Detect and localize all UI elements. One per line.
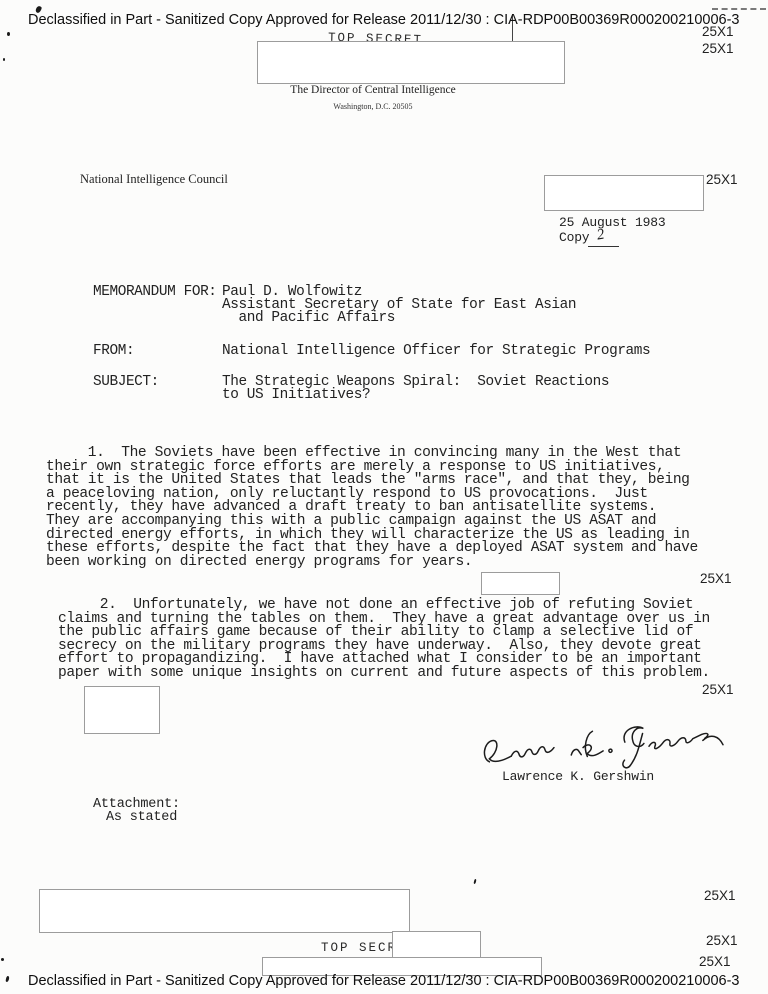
memo-subject-label: SUBJECT: <box>93 376 159 389</box>
memo-subject-value: The Strategic Weapons Spiral: Soviet Rea… <box>222 376 609 402</box>
redaction-marker: 25X1 <box>699 954 731 969</box>
redaction-box-bottom-large <box>39 889 410 933</box>
document-page: Declassified in Part - Sanitized Copy Ap… <box>0 0 768 994</box>
redaction-box-header <box>257 41 565 84</box>
copy-number-underline <box>588 246 619 247</box>
scan-artifact-dot <box>3 58 5 61</box>
scan-artifact-dot <box>473 879 476 884</box>
redaction-box-paragraph-end <box>84 686 160 734</box>
redaction-marker: 25X1 <box>702 41 734 56</box>
redaction-marker: 25X1 <box>700 571 732 586</box>
redaction-marker: 25X1 <box>702 24 734 39</box>
redaction-box-bottom-mid <box>392 931 481 960</box>
redaction-marker: 25X1 <box>704 888 736 903</box>
attachment-value: As stated <box>106 811 177 825</box>
letterhead-title: The Director of Central Intelligence <box>253 84 493 96</box>
body-paragraph-1: 1. The Soviets have been effective in co… <box>46 447 698 569</box>
document-date: 25 August 1983 <box>559 216 665 230</box>
declassification-banner-bottom: Declassified in Part - Sanitized Copy Ap… <box>28 973 739 989</box>
letterhead-address: Washington, D.C. 20505 <box>253 102 493 111</box>
scan-artifact-dashes <box>712 8 766 10</box>
redaction-marker: 25X1 <box>706 933 738 948</box>
declassification-banner-top: Declassified in Part - Sanitized Copy Ap… <box>28 12 739 28</box>
signature-script <box>474 718 726 777</box>
memo-to-label: MEMORANDUM FOR: <box>93 286 217 299</box>
redaction-marker: 25X1 <box>706 172 738 187</box>
redaction-box-control <box>544 175 704 211</box>
scan-artifact-comma <box>5 976 9 982</box>
memo-to-value: Paul D. Wolfowitz Assistant Secretary of… <box>222 286 576 326</box>
memo-from-value: National Intelligence Officer for Strate… <box>222 345 650 358</box>
redaction-marker: 25X1 <box>702 682 734 697</box>
redaction-box-inline <box>481 572 560 595</box>
copy-label: Copy <box>559 231 589 245</box>
office-name: National Intelligence Council <box>80 172 228 187</box>
scan-artifact-dot <box>7 32 10 36</box>
scan-artifact-dot <box>1 958 4 961</box>
memo-from-label: FROM: <box>93 345 134 358</box>
body-paragraph-2: 2. Unfortunately, we have not done an ef… <box>58 599 710 681</box>
